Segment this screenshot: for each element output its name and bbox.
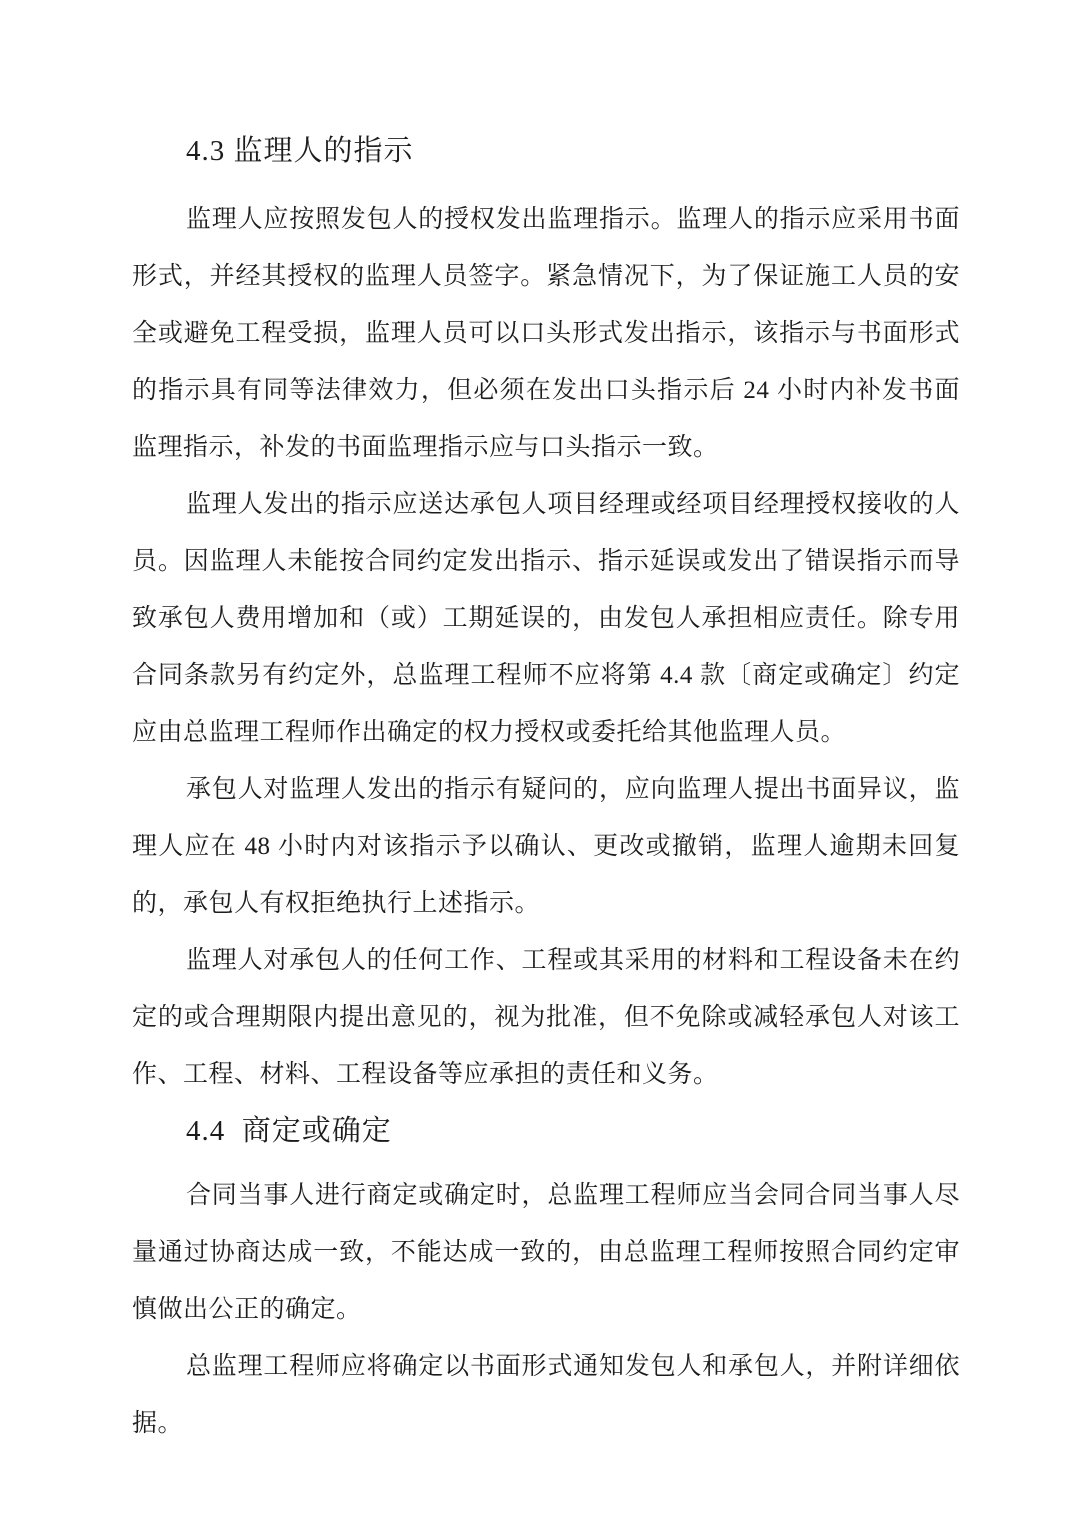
section-heading-4-3: 4.3 监理人的指示: [132, 131, 960, 171]
document-page: 4.3 监理人的指示 监理人应按照发包人的授权发出监理指示。监理人的指示应采用书…: [0, 0, 1074, 1520]
paragraph: 合同当事人进行商定或确定时，总监理工程师应当会同合同当事人尽量通过协商达成一致，…: [132, 1167, 960, 1338]
paragraph: 承包人对监理人发出的指示有疑问的，应向监理人提出书面异议，监理人应在 48 小时…: [132, 761, 960, 932]
paragraph: 监理人应按照发包人的授权发出监理指示。监理人的指示应采用书面形式，并经其授权的监…: [132, 191, 960, 476]
paragraph: 总监理工程师应将确定以书面形式通知发包人和承包人，并附详细依据。: [132, 1338, 960, 1452]
paragraph: 监理人对承包人的任何工作、工程或其采用的材料和工程设备未在约定的或合理期限内提出…: [132, 932, 960, 1103]
paragraph: 监理人发出的指示应送达承包人项目经理或经项目经理授权接收的人员。因监理人未能按合…: [132, 476, 960, 761]
section-heading-4-4: 4.4 商定或确定: [132, 1111, 960, 1151]
